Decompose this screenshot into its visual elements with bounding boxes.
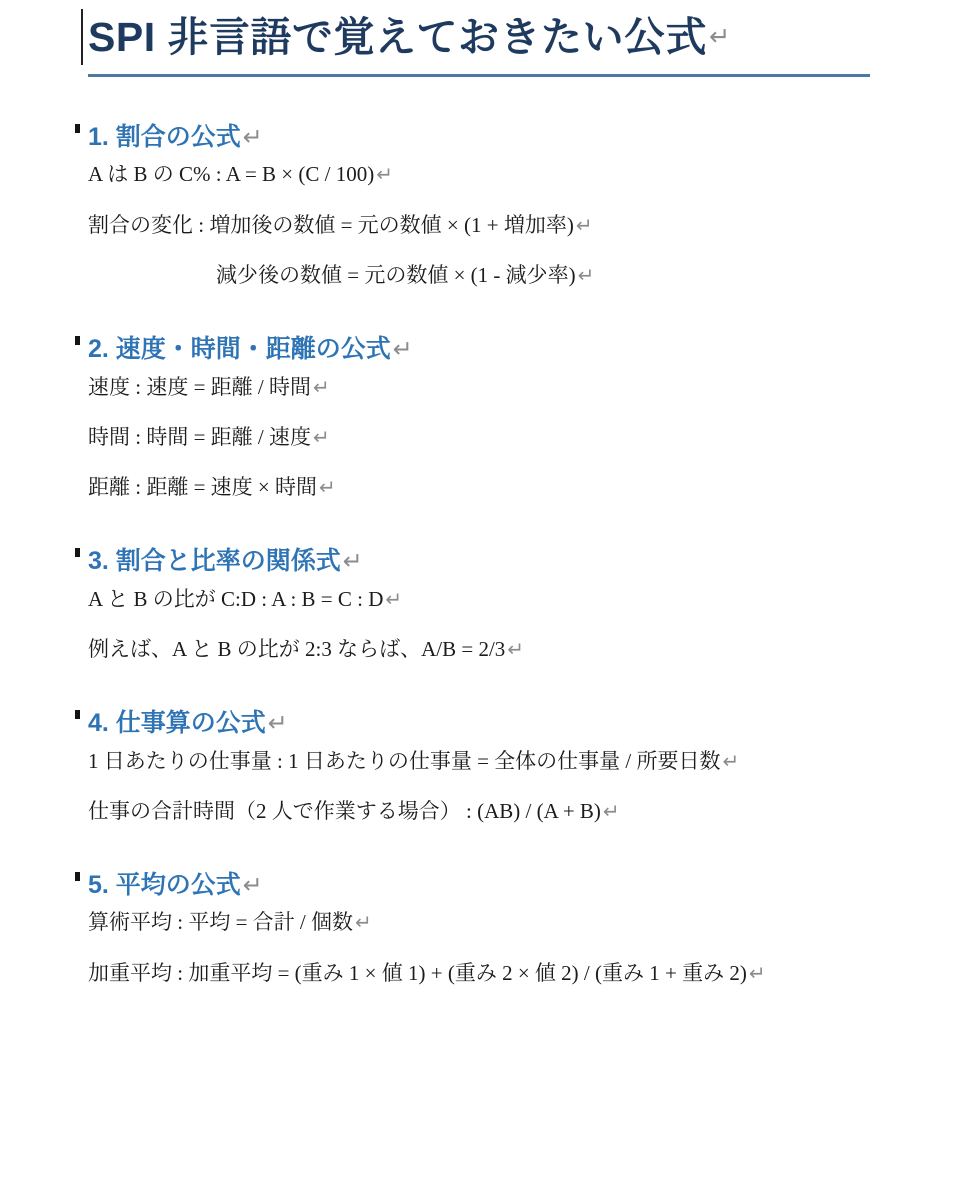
page-title: SPI 非言語で覚えておきたい公式↵ [88, 14, 870, 61]
section-1-percentage-formulas: 1. 割合の公式↵ A は B の C% : A = B × (C / 100)… [88, 122, 870, 289]
section-2-heading: 2. 速度・時間・距離の公式↵ [88, 334, 870, 365]
section-2-heading-text: 2. 速度・時間・距離の公式 [88, 335, 391, 363]
formula-text: 算術平均 : 平均 = 合計 / 個数 [88, 910, 353, 934]
section-5-heading: 5. 平均の公式↵ [88, 870, 870, 901]
section-1-line-3: 減少後の数値 = 元の数値 × (1 - 減少率)↵ [216, 262, 870, 289]
document-page: SPI 非言語で覚えておきたい公式↵ 1. 割合の公式↵ A は B の C% … [0, 0, 960, 1200]
return-mark-icon: ↵ [243, 123, 263, 151]
return-mark-icon: ↵ [243, 871, 263, 899]
section-3-ratio-relation-formulas: 3. 割合と比率の関係式↵ A と B の比が C:D : A : B = C … [88, 546, 870, 663]
section-5-line-2: 加重平均 : 加重平均 = (重み 1 × 値 1) + (重み 2 × 値 2… [88, 960, 870, 987]
section-5-line-1: 算術平均 : 平均 = 合計 / 個数↵ [88, 909, 870, 936]
paragraph-square-mark-icon [75, 872, 80, 881]
section-3-line-1: A と B の比が C:D : A : B = C : D↵ [88, 586, 870, 613]
return-mark-icon: ↵ [576, 213, 593, 237]
section-4-line-2: 仕事の合計時間（2 人で作業する場合） : (AB) / (A + B)↵ [88, 798, 870, 825]
paragraph-square-mark-icon [75, 336, 80, 345]
formula-text: 割合の変化 : 増加後の数値 = 元の数値 × (1 + 増加率) [88, 213, 574, 237]
section-2-line-1: 速度 : 速度 = 距離 / 時間↵ [88, 374, 870, 401]
page-title-text: SPI 非言語で覚えておきたい公式 [88, 14, 707, 60]
section-4-line-1: 1 日あたりの仕事量 : 1 日あたりの仕事量 = 全体の仕事量 / 所要日数↵ [88, 748, 870, 775]
formula-text: 例えば、A と B の比が 2:3 ならば、A/B = 2/3 [88, 637, 505, 661]
return-mark-icon: ↵ [313, 375, 330, 399]
section-1-heading-text: 1. 割合の公式 [88, 123, 241, 151]
formula-text: 減少後の数値 = 元の数値 × (1 - 減少率) [216, 263, 576, 287]
return-mark-icon: ↵ [709, 21, 731, 51]
return-mark-icon: ↵ [385, 587, 402, 611]
return-mark-icon: ↵ [578, 263, 595, 287]
return-mark-icon: ↵ [723, 749, 740, 773]
formula-text: A と B の比が C:D : A : B = C : D [88, 587, 383, 611]
return-mark-icon: ↵ [355, 910, 372, 934]
section-3-line-2: 例えば、A と B の比が 2:3 ならば、A/B = 2/3↵ [88, 636, 870, 663]
return-mark-icon: ↵ [268, 709, 288, 737]
formula-text: 仕事の合計時間（2 人で作業する場合） : (AB) / (A + B) [88, 799, 601, 823]
return-mark-icon: ↵ [376, 162, 393, 186]
section-1-line-2: 割合の変化 : 増加後の数値 = 元の数値 × (1 + 増加率)↵ [88, 212, 870, 239]
section-3-heading-text: 3. 割合と比率の関係式 [88, 547, 341, 575]
return-mark-icon: ↵ [749, 961, 766, 985]
formula-text: 距離 : 距離 = 速度 × 時間 [88, 475, 317, 499]
paragraph-square-mark-icon [75, 124, 80, 133]
formula-text: 1 日あたりの仕事量 : 1 日あたりの仕事量 = 全体の仕事量 / 所要日数 [88, 749, 721, 773]
return-mark-icon: ↵ [393, 335, 413, 363]
paragraph-square-mark-icon [75, 710, 80, 719]
section-2-line-3: 距離 : 距離 = 速度 × 時間↵ [88, 474, 870, 501]
formula-text: 時間 : 時間 = 距離 / 速度 [88, 425, 311, 449]
formula-text: 加重平均 : 加重平均 = (重み 1 × 値 1) + (重み 2 × 値 2… [88, 961, 747, 985]
section-1-heading: 1. 割合の公式↵ [88, 122, 870, 153]
section-4-heading-text: 4. 仕事算の公式 [88, 709, 266, 737]
return-mark-icon: ↵ [319, 475, 336, 499]
section-4-heading: 4. 仕事算の公式↵ [88, 708, 870, 739]
return-mark-icon: ↵ [313, 425, 330, 449]
document-title-block: SPI 非言語で覚えておきたい公式↵ [88, 14, 870, 77]
section-3-heading: 3. 割合と比率の関係式↵ [88, 546, 870, 577]
section-4-work-calculation-formulas: 4. 仕事算の公式↵ 1 日あたりの仕事量 : 1 日あたりの仕事量 = 全体の… [88, 708, 870, 825]
return-mark-icon: ↵ [343, 547, 363, 575]
return-mark-icon: ↵ [507, 637, 524, 661]
formula-text: A は B の C% : A = B × (C / 100) [88, 162, 374, 186]
section-1-line-1: A は B の C% : A = B × (C / 100)↵ [88, 161, 870, 188]
return-mark-icon: ↵ [603, 799, 620, 823]
section-2-speed-time-distance-formulas: 2. 速度・時間・距離の公式↵ 速度 : 速度 = 距離 / 時間↵ 時間 : … [88, 334, 870, 501]
section-5-average-formulas: 5. 平均の公式↵ 算術平均 : 平均 = 合計 / 個数↵ 加重平均 : 加重… [88, 870, 870, 987]
paragraph-square-mark-icon [75, 548, 80, 557]
text-cursor [81, 9, 83, 65]
section-5-heading-text: 5. 平均の公式 [88, 871, 241, 899]
section-2-line-2: 時間 : 時間 = 距離 / 速度↵ [88, 424, 870, 451]
formula-text: 速度 : 速度 = 距離 / 時間 [88, 375, 311, 399]
